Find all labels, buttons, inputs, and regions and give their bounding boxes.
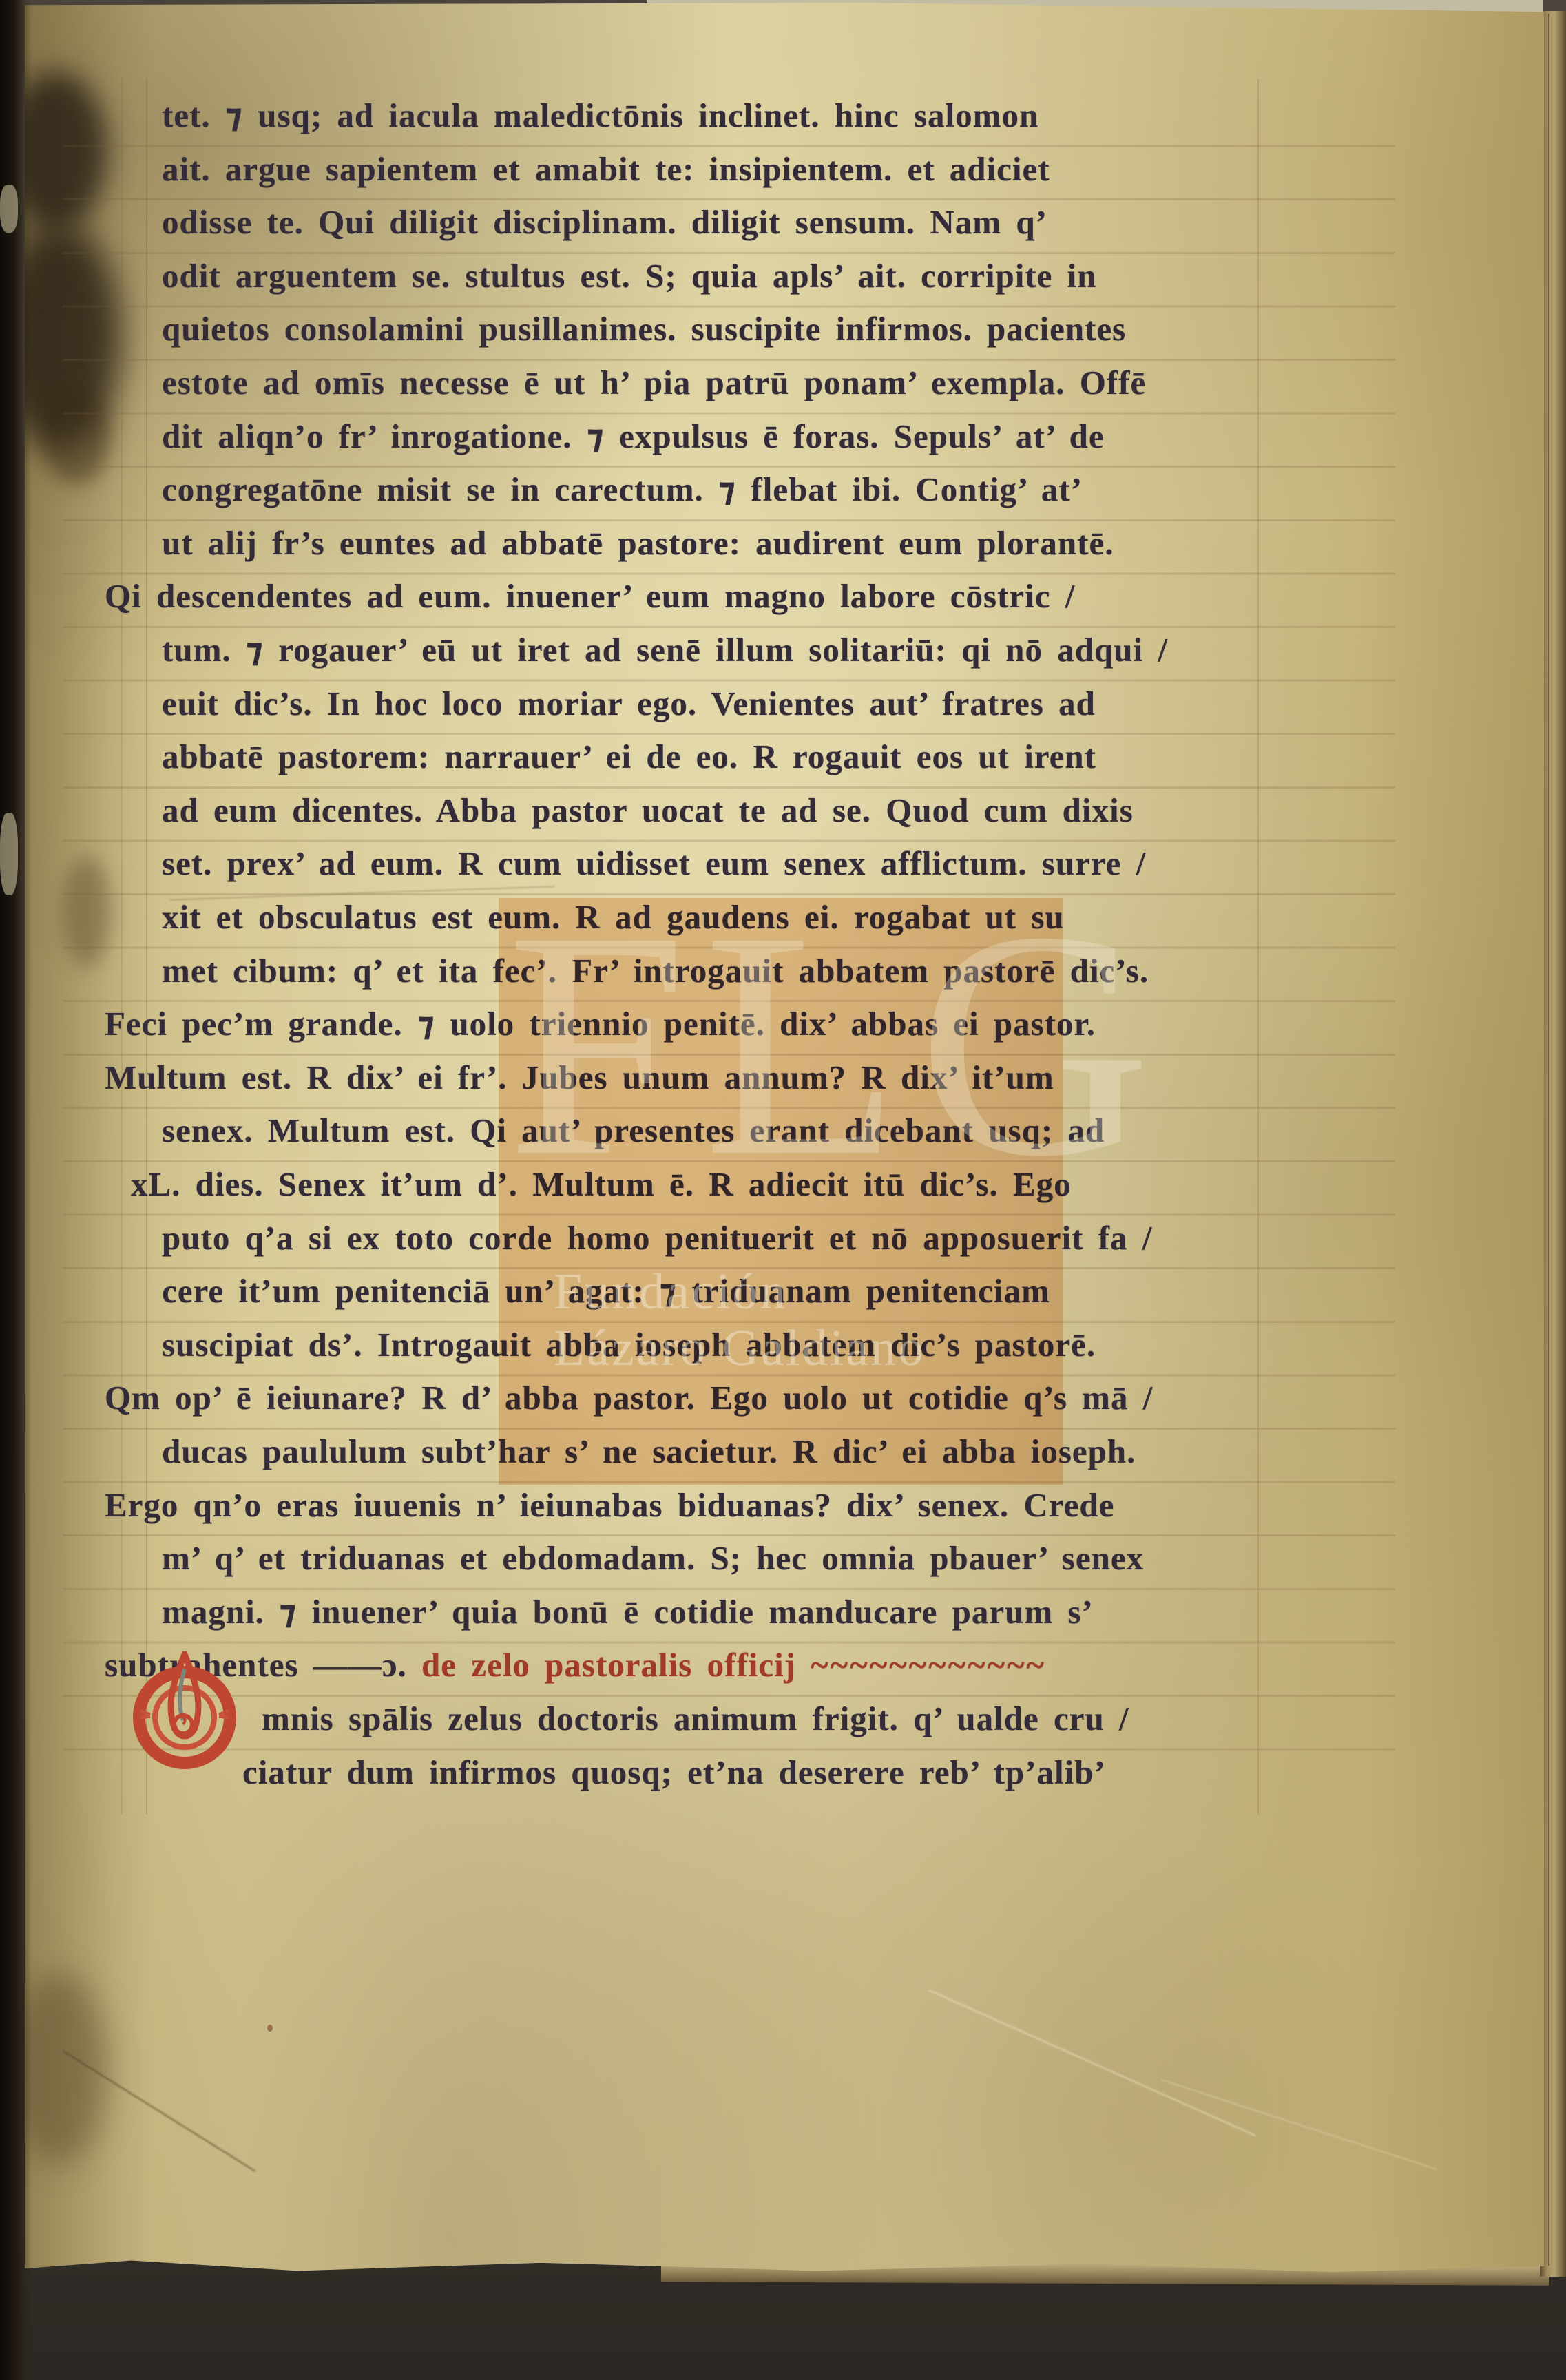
page-edge-notch xyxy=(0,185,18,233)
body-text: ciatur dum infirmos quosq; et’na deserer… xyxy=(242,1753,1106,1791)
body-text: mnis spālis zelus doctoris animum frigit… xyxy=(262,1700,1129,1737)
manuscript-line: estote ad omīs necesse ē ut h’ pia patrū… xyxy=(162,362,1146,404)
body-text: ——ɔ. xyxy=(299,1646,422,1684)
watermark-text-line1: Fundación xyxy=(554,1263,787,1322)
manuscript-line: subtrahentes ——ɔ. de zelo pastoralis off… xyxy=(105,1645,1046,1686)
manuscript-line: magni. ⁊ inuener’ quia bonū ē cotidie ma… xyxy=(162,1591,1094,1633)
manuscript-line: m’ q’ et triduanas et ebdomadam. S; hec … xyxy=(162,1538,1144,1579)
body-text: congregatōne misit se in carectum. ⁊ fle… xyxy=(162,470,1083,508)
body-text: dit aliqn’o fr’ inrogatione. ⁊ expulsus … xyxy=(162,417,1105,455)
body-text: magni. ⁊ inuener’ quia bonū ē cotidie ma… xyxy=(162,1593,1094,1631)
rubric-text: de zelo pastoralis officij xyxy=(421,1646,811,1684)
body-text: estote ad omīs necesse ē ut h’ pia patrū… xyxy=(162,364,1146,401)
body-text: ut alij fr’s euntes ad abbatē pastore: a… xyxy=(162,524,1114,562)
fore-edge-divider xyxy=(1548,14,1549,2266)
manuscript-line: abbatē pastorem: narrauer’ ei de eo. R r… xyxy=(162,736,1096,777)
body-text: tet. ⁊ usq; ad iacula maledictōnis incli… xyxy=(162,96,1038,134)
body-text: abbatē pastorem: narrauer’ ei de eo. R r… xyxy=(162,738,1096,775)
manuscript-line: dit aliqn’o fr’ inrogatione. ⁊ expulsus … xyxy=(162,416,1105,457)
manuscript-line: odisse te. Qui diligit disciplinam. dili… xyxy=(162,202,1047,243)
manuscript-line: ad eum dicentes. Abba pastor uocat te ad… xyxy=(162,790,1134,831)
manuscript-line: mnis spālis zelus doctoris animum frigit… xyxy=(262,1698,1129,1740)
body-text: Ergo qn’o eras iuuenis n’ ieiunabas bidu… xyxy=(105,1486,1114,1524)
manuscript-line: congregatōne misit se in carectum. ⁊ fle… xyxy=(162,469,1083,510)
rubric-text: ~~~~~~~~~~~~ xyxy=(811,1646,1046,1684)
parchment-page: tet. ⁊ usq; ad iacula maledictōnis incli… xyxy=(25,3,1544,2282)
manuscript-line: tet. ⁊ usq; ad iacula maledictōnis incli… xyxy=(162,95,1038,136)
body-text: m’ q’ et triduanas et ebdomadam. S; hec … xyxy=(162,1539,1144,1577)
body-text: ait. argue sapientem et amabit te: insip… xyxy=(162,150,1050,188)
watermark-text-line2: Lázaro Galdiano xyxy=(554,1319,926,1378)
body-text: odisse te. Qui diligit disciplinam. dili… xyxy=(162,203,1047,241)
manuscript-line: tum. ⁊ rogauer’ eū ut iret ad senē illum… xyxy=(162,629,1168,671)
manuscript-line: euit dic’s. In hoc loco moriar ego. Veni… xyxy=(162,683,1096,724)
decorated-initial-O xyxy=(128,1651,241,1778)
body-text: tum. ⁊ rogauer’ eū ut iret ad senē illum… xyxy=(162,631,1168,669)
watermark-monogram: FLG xyxy=(507,879,1072,1209)
manuscript-photo: tet. ⁊ usq; ad iacula maledictōnis incli… xyxy=(0,0,1566,2380)
manuscript-line: Ergo qn’o eras iuuenis n’ ieiunabas bidu… xyxy=(105,1485,1114,1526)
body-text: ad eum dicentes. Abba pastor uocat te ad… xyxy=(162,791,1134,829)
body-text: Qi descendentes ad eum. inuener’ eum mag… xyxy=(105,577,1075,615)
manuscript-line: Qi descendentes ad eum. inuener’ eum mag… xyxy=(105,576,1075,617)
manuscript-line: ait. argue sapientem et amabit te: insip… xyxy=(162,149,1050,190)
body-text: odit arguentem se. stultus est. S; quia … xyxy=(162,257,1097,295)
page-edge-notch xyxy=(0,813,18,895)
body-text: euit dic’s. In hoc loco moriar ego. Veni… xyxy=(162,685,1096,722)
manuscript-line: odit arguentem se. stultus est. S; quia … xyxy=(162,255,1097,297)
manuscript-line: ciatur dum infirmos quosq; et’na deserer… xyxy=(242,1752,1106,1793)
body-text: quietos consolamini pusillanimes. suscip… xyxy=(162,310,1126,348)
manuscript-line: quietos consolamini pusillanimes. suscip… xyxy=(162,309,1126,350)
book-gutter-shadow xyxy=(0,0,32,2380)
manuscript-line: ut alij fr’s euntes ad abbatē pastore: a… xyxy=(162,523,1114,564)
